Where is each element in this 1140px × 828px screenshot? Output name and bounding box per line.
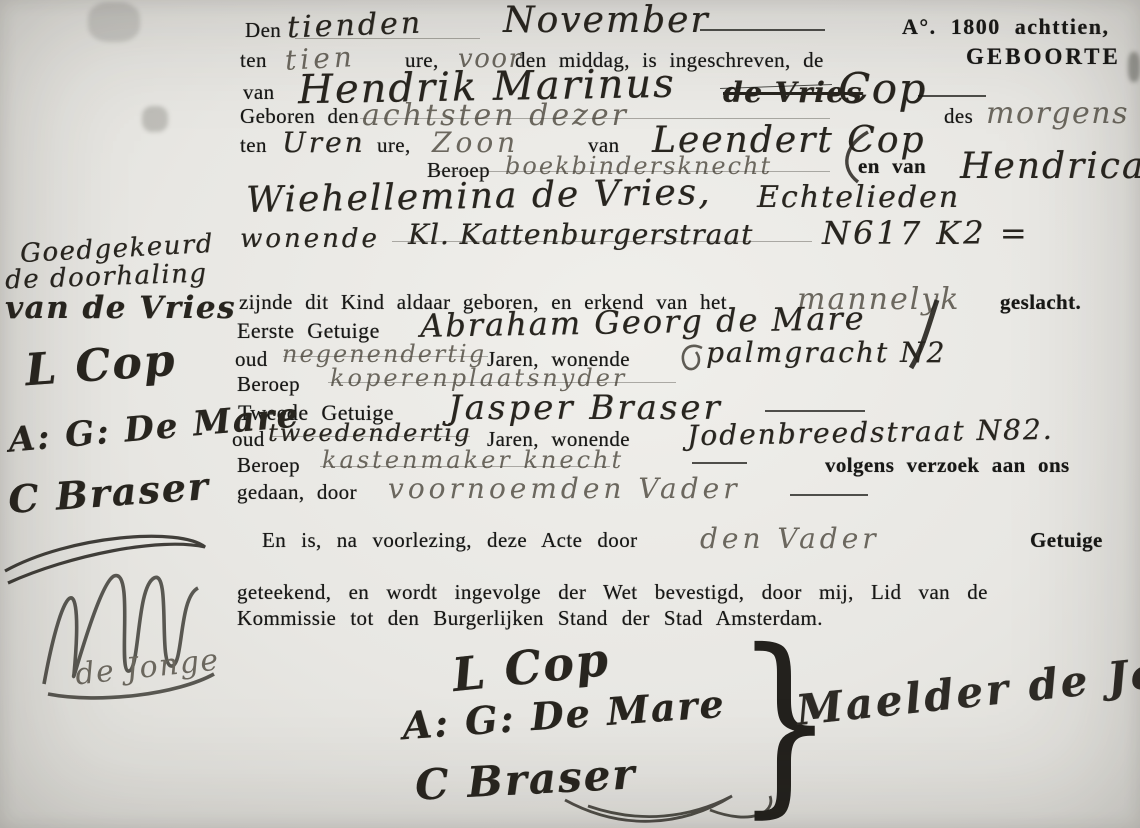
printed-volgens: volgens verzoek aan ons <box>825 453 1070 478</box>
printed-des: des <box>944 104 973 129</box>
house-number: N617 K2 = <box>822 214 1030 252</box>
flourish-initial <box>676 340 706 374</box>
mother-firstname: Hendrica <box>960 146 1140 187</box>
closing-line1: En is, na voorlezing, deze Acte door <box>262 528 638 553</box>
printed-getuige: Getuige <box>1030 528 1103 553</box>
printed-ten2: ten <box>240 133 267 158</box>
scan-smudge <box>88 2 140 42</box>
closing-signer: den Vader <box>700 522 880 555</box>
witness1-address: palmgracht N2 <box>706 336 946 369</box>
registration-day: tienden <box>286 6 423 46</box>
fill-dash <box>692 462 747 464</box>
margin-note-line3: van de Vries <box>5 290 236 326</box>
blank-rule <box>295 38 480 39</box>
witness2-address: Jodenbreedstraat N82. <box>687 413 1054 452</box>
birth-hour: Uren <box>282 126 366 159</box>
birth-certificate-scan: Den tienden November A°. 1800 achttien, … <box>0 0 1140 828</box>
strike-rule <box>270 436 470 437</box>
printed-van: van <box>243 80 275 105</box>
blank-rule <box>360 118 830 119</box>
printed-geslacht: geslacht. <box>1000 290 1081 315</box>
margin-signature-father: L Cop <box>23 335 178 396</box>
declared-by: voornoemden Vader <box>388 472 741 505</box>
printed-geboorte: GEBOORTE <box>966 44 1121 70</box>
strike-rule <box>430 171 830 172</box>
birth-daypart: morgens <box>986 96 1129 131</box>
strike-rule <box>392 241 812 242</box>
hw-wonende: wonende <box>240 224 380 254</box>
mother-name: Wiehellemina de Vries, <box>246 172 712 221</box>
signature-official: Maelder de Jonge <box>794 638 1140 735</box>
fill-dash <box>790 494 868 496</box>
registration-month: November <box>503 0 710 41</box>
signature-witness1: A: G: De Mare <box>401 681 727 748</box>
printed-gedaan: gedaan, door <box>237 480 357 505</box>
home-street: Kl. Kattenburgerstraat <box>408 218 753 251</box>
strike-rule <box>328 382 676 383</box>
printed-ten: ten <box>240 48 267 73</box>
fill-dash <box>765 410 865 412</box>
printed-beroep3: Beroep <box>237 453 300 478</box>
fill-dash <box>700 29 825 31</box>
printed-beroep2: Beroep <box>237 372 300 397</box>
closing-line2: geteekend, en wordt ingevolge der Wet be… <box>237 580 988 605</box>
witness2-occupation: kastenmaker knecht <box>322 446 624 474</box>
printed-oud1: oud <box>235 347 268 372</box>
scan-smudge <box>142 106 168 132</box>
scan-smudge <box>1128 52 1140 82</box>
fill-dash <box>918 95 986 97</box>
margin-signature-witness2: C Braser <box>7 463 211 522</box>
strike-rule <box>320 466 610 467</box>
strike-rule <box>283 356 488 357</box>
printed-den: Den <box>245 18 281 43</box>
printed-ure2: ure, <box>377 133 411 158</box>
marital-status: Echtelieden <box>757 180 960 215</box>
witness2-name: Jasper Braser <box>448 388 723 428</box>
printed-en-van: en van <box>858 154 926 179</box>
registration-year: A°. 1800 achttien, <box>902 14 1110 40</box>
child-surname: Cop <box>838 64 927 113</box>
